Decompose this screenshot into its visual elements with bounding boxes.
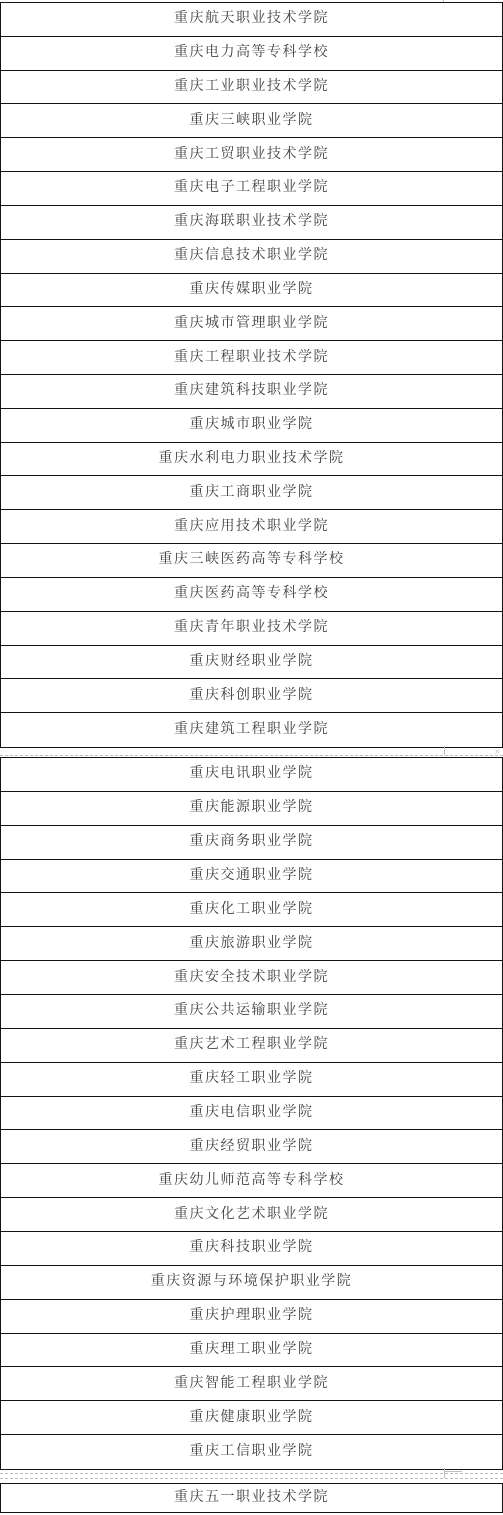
table-row: 重庆旅游职业学院 [1, 927, 502, 961]
table-row: 重庆青年职业技术学院 [1, 612, 502, 646]
college-name-text: 重庆智能工程职业学院 [174, 1377, 329, 1391]
table-row: 重庆工贸职业技术学院 [1, 138, 502, 172]
college-name-text: 重庆电信职业学院 [190, 1106, 314, 1120]
college-name-text: 重庆海联职业技术学院 [174, 215, 329, 229]
table-row: 重庆资源与环境保护职业学院 [1, 1266, 502, 1300]
college-name-text: 重庆科创职业学院 [190, 689, 314, 703]
table-row: 重庆工商职业学院 [1, 476, 502, 510]
table-row: 重庆三峡职业学院 [1, 104, 502, 138]
table-segment-page-3: 重庆五一职业技术学院 [0, 1483, 503, 1513]
table-row: 重庆健康职业学院 [1, 1401, 502, 1435]
table-row: 重庆工业职业技术学院 [1, 71, 502, 105]
table-row: 重庆公共运输职业学院 [1, 995, 502, 1029]
college-name-text: 重庆交通职业学院 [190, 869, 314, 883]
page-break-dashed-line [0, 1478, 503, 1479]
table-gridline-tick [444, 746, 445, 755]
table-row: 重庆幼儿师范高等专科学校 [1, 1164, 502, 1198]
table-row: 重庆电力高等专科学校 [1, 37, 502, 71]
college-name-text: 重庆电力高等专科学校 [174, 46, 329, 60]
table-row: 重庆化工职业学院 [1, 893, 502, 927]
table-row: 重庆能源职业学院 [1, 792, 502, 826]
college-name-text: 重庆护理职业学院 [190, 1309, 314, 1323]
table-row: 重庆文化艺术职业学院 [1, 1198, 502, 1232]
table-row: 重庆电信职业学院 [1, 1097, 502, 1131]
table-row: 重庆安全技术职业学院 [1, 961, 502, 995]
college-name-text: 重庆医药高等专科学校 [174, 587, 329, 601]
table-row: 重庆工程职业技术学院 [1, 341, 502, 375]
college-name-text: 重庆经贸职业学院 [190, 1140, 314, 1154]
college-name-text: 重庆三峡医药高等专科学校 [159, 553, 345, 567]
table-row: 重庆电讯职业学院 [1, 758, 502, 792]
table-row: 重庆传媒职业学院 [1, 274, 502, 308]
table-row: 重庆航天职业技术学院 [1, 3, 502, 37]
college-name-text: 重庆资源与环境保护职业学院 [151, 1275, 353, 1289]
table-row: 重庆三峡医药高等专科学校 [1, 544, 502, 578]
college-name-text: 重庆航天职业技术学院 [174, 12, 329, 26]
college-name-text: 重庆工商职业学院 [190, 486, 314, 500]
college-name-text: 重庆水利电力职业技术学院 [159, 452, 345, 466]
college-name-text: 重庆传媒职业学院 [190, 283, 314, 297]
table-row: 重庆建筑工程职业学院 [1, 713, 502, 747]
table-row: 重庆建筑科技职业学院 [1, 375, 502, 409]
college-name-text: 重庆安全技术职业学院 [174, 971, 329, 985]
table-row: 重庆城市职业学院 [1, 409, 502, 443]
table-row: 重庆水利电力职业技术学院 [1, 443, 502, 477]
college-name-text: 重庆工程职业技术学院 [174, 351, 329, 365]
table-row: 重庆科技职业学院 [1, 1232, 502, 1266]
table-row: 重庆工信职业学院 [1, 1435, 502, 1469]
table-row: 重庆财经职业学院 [1, 646, 502, 680]
college-name-text: 重庆健康职业学院 [190, 1411, 314, 1425]
table-row: 重庆医药高等专科学校 [1, 578, 502, 612]
table-row: 重庆信息技术职业学院 [1, 240, 502, 274]
document-college-table: × 重庆航天职业技术学院重庆电力高等专科学校重庆工业职业技术学院重庆三峡职业学院… [0, 0, 503, 1515]
table-row: 重庆经贸职业学院 [1, 1130, 502, 1164]
table-row: 重庆护理职业学院 [1, 1300, 502, 1334]
college-name-text: 重庆五一职业技术学院 [174, 1491, 329, 1505]
college-name-text: 重庆化工职业学院 [190, 903, 314, 917]
college-name-text: 重庆建筑工程职业学院 [174, 723, 329, 737]
college-name-text: 重庆轻工职业学院 [190, 1072, 314, 1086]
table-row: 重庆科创职业学院 [1, 679, 502, 713]
college-name-text: 重庆电子工程职业学院 [174, 181, 329, 195]
table-row: 重庆城市管理职业学院 [1, 307, 502, 341]
college-name-text: 重庆公共运输职业学院 [174, 1004, 329, 1018]
page-break-dashed-line [0, 755, 503, 756]
page-boundary-cross-mark: × [494, 748, 501, 756]
table-row: 重庆交通职业学院 [1, 860, 502, 894]
college-name-text: 重庆文化艺术职业学院 [174, 1208, 329, 1222]
college-name-text: 重庆电讯职业学院 [190, 767, 314, 781]
table-row: 重庆艺术工程职业学院 [1, 1029, 502, 1063]
college-name-text: 重庆青年职业技术学院 [174, 621, 329, 635]
college-name-text: 重庆应用技术职业学院 [174, 520, 329, 534]
table-row: 重庆五一职业技术学院 [1, 1484, 502, 1512]
college-name-text: 重庆城市职业学院 [190, 418, 314, 432]
college-name-text: 重庆城市管理职业学院 [174, 317, 329, 331]
college-name-text: 重庆信息技术职业学院 [174, 249, 329, 263]
page-break-dashed-line [0, 1473, 503, 1474]
table-row: 重庆电子工程职业学院 [1, 172, 502, 206]
table-row: 重庆海联职业技术学院 [1, 206, 502, 240]
table-segment-page-2: 重庆电讯职业学院重庆能源职业学院重庆商务职业学院重庆交通职业学院重庆化工职业学院… [0, 757, 503, 1470]
college-name-text: 重庆旅游职业学院 [190, 937, 314, 951]
college-name-text: 重庆商务职业学院 [190, 835, 314, 849]
college-name-text: 重庆能源职业学院 [190, 801, 314, 815]
college-name-text: 重庆幼儿师范高等专科学校 [159, 1174, 345, 1188]
table-row: 重庆轻工职业学院 [1, 1063, 502, 1097]
college-name-text: 重庆艺术工程职业学院 [174, 1038, 329, 1052]
table-segment-page-1: 重庆航天职业技术学院重庆电力高等专科学校重庆工业职业技术学院重庆三峡职业学院重庆… [0, 2, 503, 748]
table-row: 重庆应用技术职业学院 [1, 510, 502, 544]
table-row: 重庆智能工程职业学院 [1, 1367, 502, 1401]
college-name-text: 重庆建筑科技职业学院 [174, 384, 329, 398]
college-name-text: 重庆工贸职业技术学院 [174, 148, 329, 162]
college-name-text: 重庆工业职业技术学院 [174, 80, 329, 94]
college-name-text: 重庆科技职业学院 [190, 1241, 314, 1255]
table-gridline-tick [444, 1471, 462, 1472]
college-name-text: 重庆财经职业学院 [190, 655, 314, 669]
table-row: 重庆理工职业学院 [1, 1334, 502, 1368]
college-name-text: 重庆三峡职业学院 [190, 114, 314, 128]
table-row: 重庆商务职业学院 [1, 826, 502, 860]
college-name-text: 重庆理工职业学院 [190, 1343, 314, 1357]
college-name-text: 重庆工信职业学院 [190, 1445, 314, 1459]
